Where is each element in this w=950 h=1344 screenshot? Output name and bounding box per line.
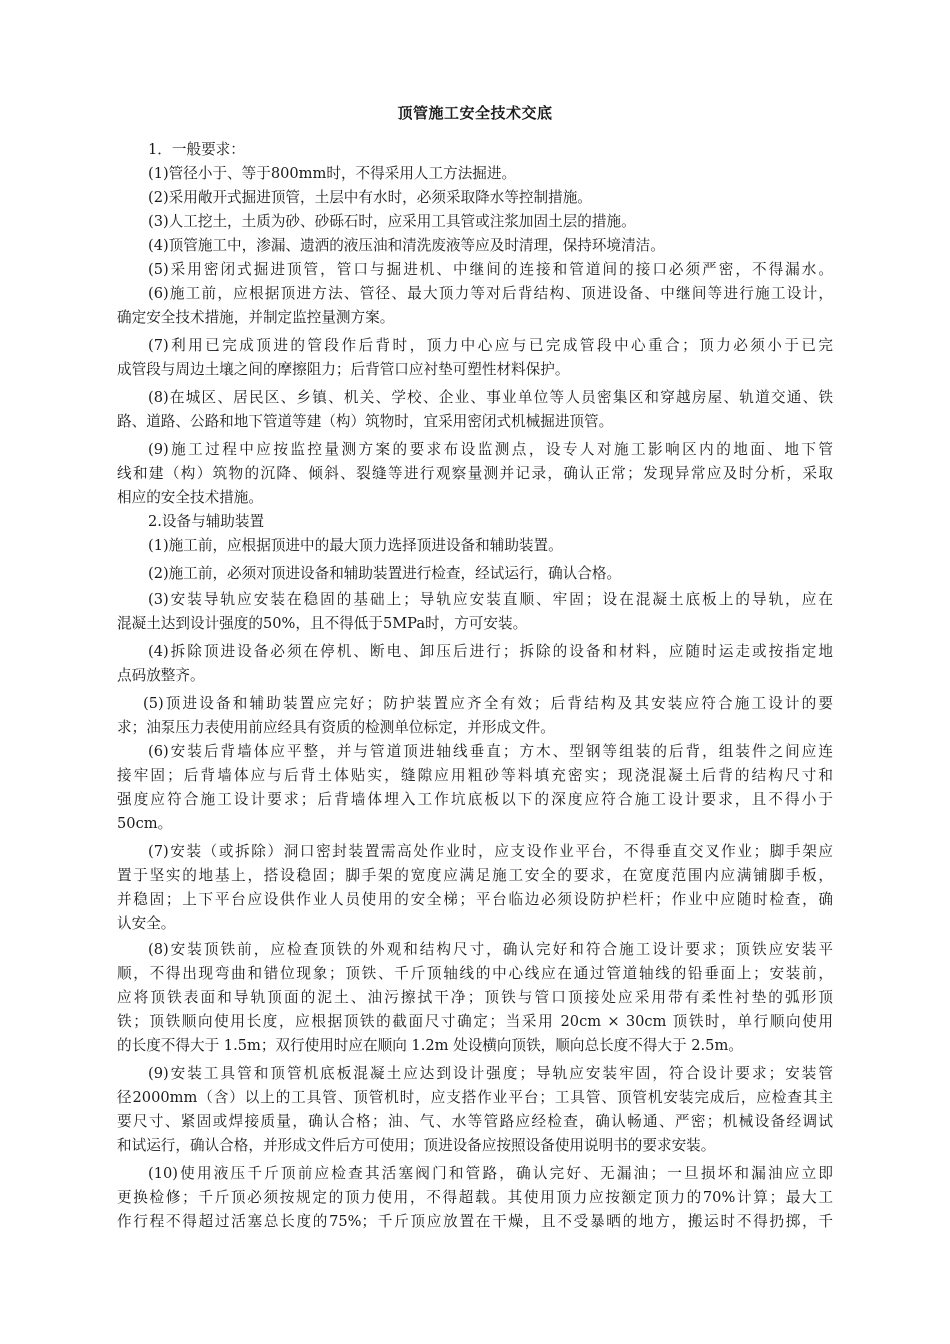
text-line: 相应的安全技术措施。 [117, 488, 833, 508]
text-line: 置于坚实的地基上，搭设稳固；脚手架的宽度应满足施工安全的要求，在宽度范围内应满铺… [117, 866, 833, 886]
text-line: 强度应符合施工设计要求；后背墙体埋入工作坑底板以下的深度应符合施工设计要求，且不… [117, 790, 833, 810]
text-line: (9)施工过程中应按监控量测方案的要求布设监测点，设专人对施工影响区内的地面、地… [148, 440, 833, 460]
text-line: 线和建（构）筑物的沉降、倾斜、裂缝等进行观察量测并记录，确认正常；发现异常应及时… [117, 464, 833, 484]
text-line: 的长度不得大于 1.5m；双行使用时应在顺向 1.2m 处设横向顶铁，顺向总长度… [117, 1036, 833, 1056]
text-line: 要尺寸、紧固或焊接质量，确认合格；油、气、水等管路应经检查，确认畅通、严密；机械… [117, 1112, 833, 1132]
document-title: 顶管施工安全技术交底 [0, 102, 950, 123]
text-line: (6)安装后背墙体应平整，并与管道顶进轴线垂直；方木、型钢等组装的后背，组装件之… [148, 742, 833, 762]
text-line: 路、道路、公路和地下管道等建（构）筑物时，宜采用密闭式机械掘进顶管。 [117, 412, 833, 432]
text-line: (5)采用密闭式掘进顶管，管口与掘进机、中继间的连接和管道间的接口必须严密，不得… [148, 260, 833, 280]
text-line: 1．一般要求： [148, 140, 833, 160]
text-line: 应将顶铁表面和导轨顶面的泥土、油污擦拭干净；顶铁与管口顶接处应采用带有柔性衬垫的… [117, 988, 833, 1008]
text-line: 和试运行，确认合格，并形成文件后方可使用；顶进设备应按照设备使用说明书的要求安装… [117, 1136, 833, 1156]
text-line: 径2000mm（含）以上的工具管、顶管机时，应支搭作业平台；工具管、顶管机安装完… [117, 1088, 833, 1108]
text-line: (8)安装顶铁前，应检查顶铁的外观和结构尺寸，确认完好和符合施工设计要求；顶铁应… [148, 940, 833, 960]
text-line: (2)施工前，必须对顶进设备和辅助装置进行检查，经试运行，确认合格。 [148, 564, 833, 584]
text-line: 点码放整齐。 [117, 666, 833, 686]
text-line: (4)拆除顶进设备必须在停机、断电、卸压后进行；拆除的设备和材料，应随时运走或按… [148, 642, 833, 662]
text-line: (1)管径小于、等于800mm时，不得采用人工方法掘进。 [148, 164, 833, 184]
text-line: 顺，不得出现弯曲和错位现象；顶铁、千斤顶轴线的中心线应在通过管道轴线的铅垂面上；… [117, 964, 833, 984]
text-line: 更换检修；千斤顶必须按规定的顶力使用，不得超载。其使用顶力应按额定顶力的70%计… [117, 1188, 833, 1208]
text-line: (7)利用已完成顶进的管段作后背时，顶力中心应与已完成管段中心重合；顶力必须小于… [148, 336, 833, 356]
text-line: (5)顶进设备和辅助装置应完好；防护装置应齐全有效；后背结构及其安装应符合施工设… [143, 694, 833, 714]
text-line: 接牢固；后背墙体应与后背土体贴实，缝隙应用粗砂等料填充密实；现浇混凝土后背的结构… [117, 766, 833, 786]
text-line: (10)使用液压千斤顶前应检查其活塞阀门和管路，确认完好、无漏油；一旦损坏和漏油… [148, 1164, 833, 1184]
text-line: 确定安全技术措施，并制定监控量测方案。 [117, 308, 833, 328]
text-line: (4)顶管施工中，渗漏、遗洒的液压油和清洗废液等应及时清理，保持环境清洁。 [148, 236, 833, 256]
text-line: 认安全。 [117, 914, 833, 934]
text-line: (7)安装（或拆除）洞口密封装置需高处作业时，应支设作业平台，不得垂直交叉作业；… [148, 842, 833, 862]
text-line: (2)采用敞开式掘进顶管，土层中有水时，必须采取降水等控制措施。 [148, 188, 833, 208]
text-line: (3)人工挖土，土质为砂、砂砾石时，应采用工具管或注浆加固土层的措施。 [148, 212, 833, 232]
text-line: 2.设备与辅助装置 [148, 512, 833, 532]
text-line: 并稳固；上下平台应设供作业人员使用的安全梯；平台临边必须设防护栏杆；作业中应随时… [117, 890, 833, 910]
text-line: 成管段与周边土壤之间的摩擦阻力；后背管口应衬垫可塑性材料保护。 [117, 360, 833, 380]
text-line: 作行程不得超过活塞总长度的75%；千斤顶应放置在干燥，且不受暴晒的地方，搬运时不… [117, 1212, 833, 1232]
text-line: (1)施工前，应根据顶进中的最大顶力选择顶进设备和辅助装置。 [148, 536, 833, 556]
text-line: (9)安装工具管和顶管机底板混凝土应达到设计强度；导轨应安装牢固，符合设计要求；… [148, 1064, 833, 1084]
text-line: (8)在城区、居民区、乡镇、机关、学校、企业、事业单位等人员密集区和穿越房屋、轨… [148, 388, 833, 408]
text-line: 50cm。 [117, 814, 833, 834]
text-line: (3)安装导轨应安装在稳固的基础上；导轨应安装直顺、牢固；设在混凝土底板上的导轨… [148, 590, 833, 610]
document-page: 顶管施工安全技术交底 1．一般要求：(1)管径小于、等于800mm时，不得采用人… [0, 0, 950, 1344]
text-line: (6)施工前，应根据顶进方法、管径、最大顶力等对后背结构、顶进设备、中继间等进行… [148, 284, 833, 304]
text-line: 铁；顶铁顺向使用长度，应根据顶铁的截面尺寸确定；当采用 20cm × 30cm … [117, 1012, 833, 1032]
text-line: 混凝土达到设计强度的50%，且不得低于5MPa时，方可安装。 [117, 614, 833, 634]
text-line: 求；油泵压力表使用前应经具有资质的检测单位标定，并形成文件。 [117, 718, 833, 738]
